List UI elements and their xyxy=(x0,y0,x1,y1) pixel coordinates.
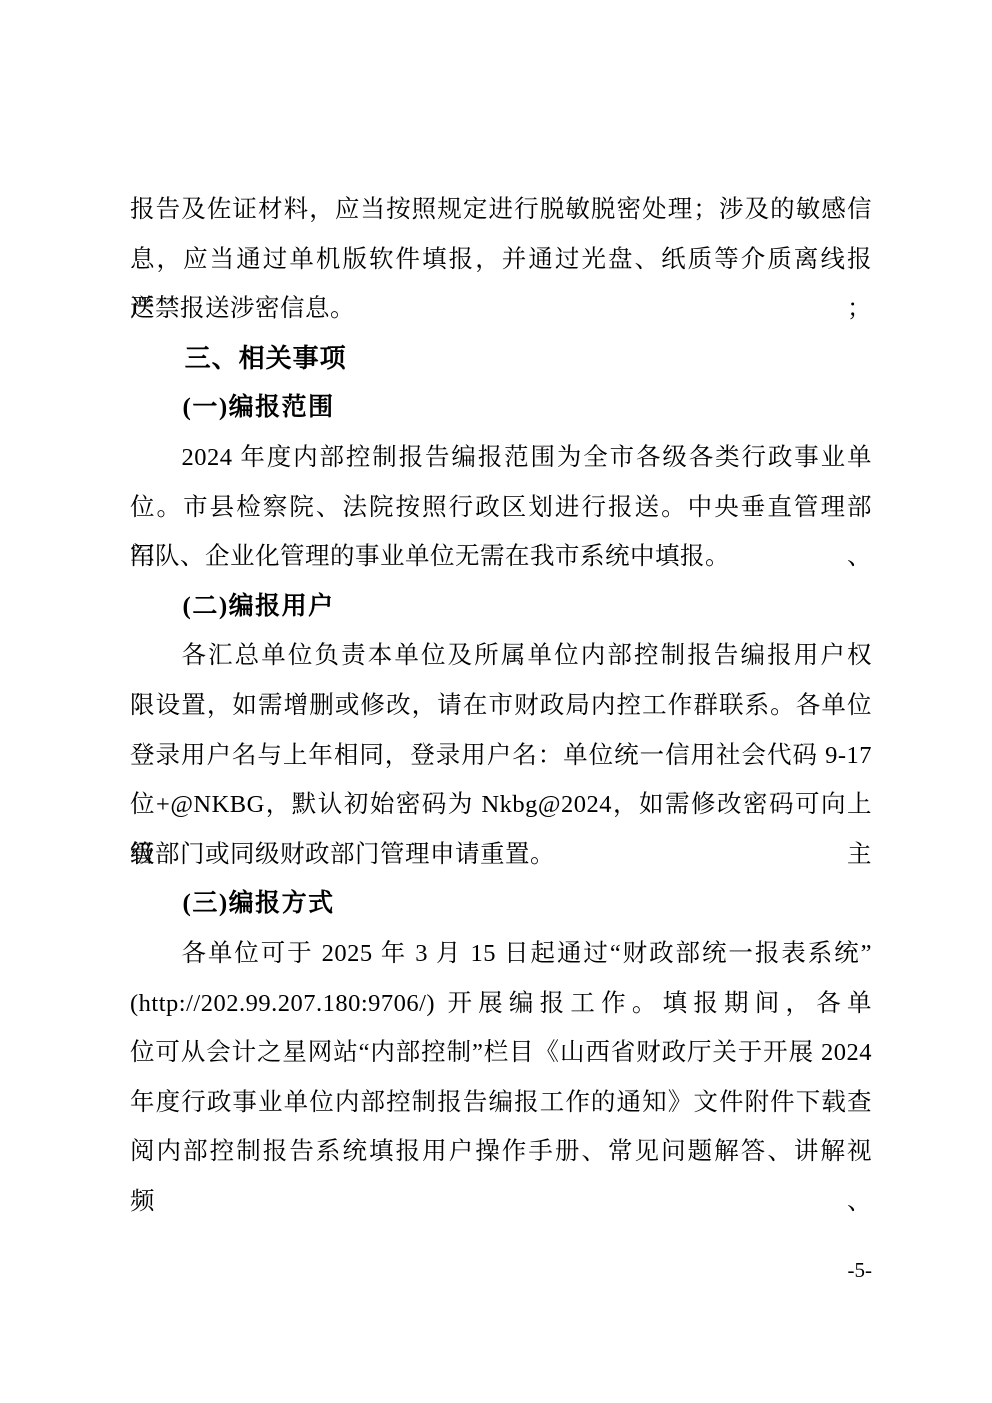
document-line: (http://202.99.207.180:9706/) 开展编报工作。填报期… xyxy=(130,979,872,1029)
document-line: 年度行政事业单位内部控制报告编报工作的通知》文件附件下载查 xyxy=(130,1078,872,1128)
document-line: 报告及佐证材料，应当按照规定进行脱敏脱密处理；涉及的敏感信 xyxy=(130,185,872,235)
document-line: 位。市县检察院、法院按照行政区划进行报送。中央垂直管理部门、 xyxy=(130,483,872,533)
section-heading: (三)编报方式 xyxy=(130,879,872,929)
document-line: 各汇总单位负责本单位及所属单位内部控制报告编报用户权 xyxy=(130,631,872,681)
section-heading: (一)编报范围 xyxy=(130,383,872,433)
document-line: 各单位可于 2025 年 3 月 15 日起通过“财政部统一报表系统” xyxy=(130,929,872,979)
section-heading: 三、相关事项 xyxy=(130,334,872,384)
document-line: 阅内部控制报告系统填报用户操作手册、常见问题解答、讲解视频、 xyxy=(130,1127,872,1177)
document-body: 报告及佐证材料，应当按照规定进行脱敏脱密处理；涉及的敏感信息，应当通过单机版软件… xyxy=(130,185,872,1177)
document-line: 位+@NKBG，默认初始密码为 Nkbg@2024，如需修改密码可向上级主 xyxy=(130,780,872,830)
document-line: 2024 年度内部控制报告编报范围为全市各级各类行政事业单 xyxy=(130,433,872,483)
page-number: -5- xyxy=(848,1256,873,1284)
document-line: 息，应当通过单机版软件填报，并通过光盘、纸质等介质离线报送； xyxy=(130,235,872,285)
section-heading: (二)编报用户 xyxy=(130,582,872,632)
document-line: 登录用户名与上年相同，登录用户名：单位统一信用社会代码 9-17 xyxy=(130,731,872,781)
document-page: 报告及佐证材料，应当按照规定进行脱敏脱密处理；涉及的敏感信息，应当通过单机版软件… xyxy=(0,0,992,1403)
document-line: 限设置，如需增删或修改，请在市财政局内控工作群联系。各单位 xyxy=(130,681,872,731)
document-line: 位可从会计之星网站“内部控制”栏目《山西省财政厅关于开展 2024 xyxy=(130,1028,872,1078)
